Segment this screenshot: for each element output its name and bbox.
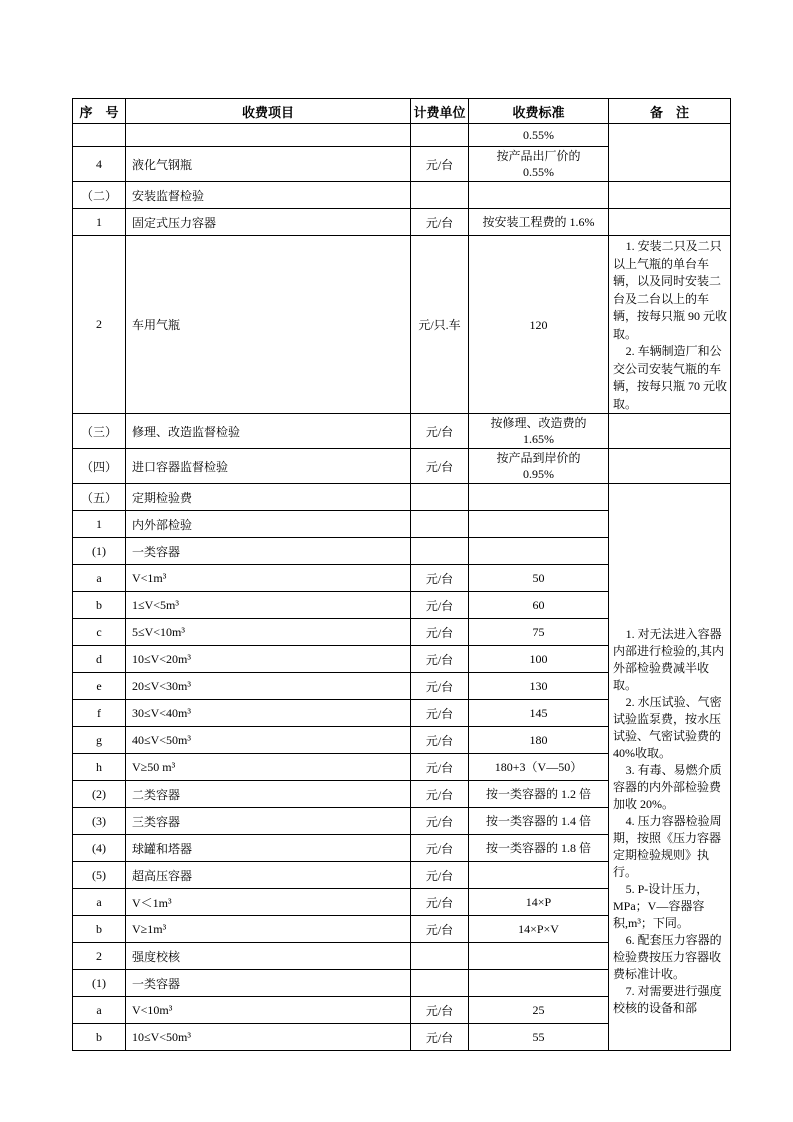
remark-text: 1. 对无法进入容器内部进行检验的,其内外部检验费减半收取。2. 水压试验、气密…	[609, 484, 730, 1050]
cell-no: (1)	[73, 538, 126, 565]
cell-item: 定期检验费	[126, 484, 411, 511]
cell-item: 车用气瓶	[126, 236, 411, 414]
cell-item: 球罐和塔器	[126, 835, 411, 862]
cell-standard: 0.55%	[469, 124, 609, 147]
cell-standard: 50	[469, 565, 609, 592]
cell-no: 2	[73, 236, 126, 414]
cell-remark	[609, 124, 731, 182]
cell-unit: 元/台	[411, 646, 469, 673]
cell-standard: 25	[469, 997, 609, 1024]
cell-item: 内外部检验	[126, 511, 411, 538]
cell-unit	[411, 538, 469, 565]
cell-item: 一类容器	[126, 970, 411, 997]
cell-item: V＜1m³	[126, 889, 411, 916]
table-header-row: 序 号 收费项目 计费单位 收费标准 备 注	[73, 99, 731, 124]
cell-standard: 60	[469, 592, 609, 619]
cell-item: 三类容器	[126, 808, 411, 835]
cell-standard	[469, 484, 609, 511]
cell-unit: 元/台	[411, 916, 469, 943]
cell-standard: 145	[469, 700, 609, 727]
cell-unit	[411, 182, 469, 209]
cell-standard: 按产品出厂价的0.55%	[469, 147, 609, 182]
table-row: （三）修理、改造监督检验元/台按修理、改造费的1.65%	[73, 414, 731, 449]
cell-unit	[411, 484, 469, 511]
cell-remark	[609, 182, 731, 209]
cell-item: 进口容器监督检验	[126, 449, 411, 484]
table-row: （五）定期检验费1. 对无法进入容器内部进行检验的,其内外部检验费减半收取。2.…	[73, 484, 731, 511]
cell-item: 固定式压力容器	[126, 209, 411, 236]
cell-no: e	[73, 673, 126, 700]
cell-unit: 元/台	[411, 781, 469, 808]
table-row: 0.55%	[73, 124, 731, 147]
cell-item: 10≤V<50m³	[126, 1024, 411, 1051]
cell-item: V≥50 m³	[126, 754, 411, 781]
cell-standard: 按产品到岸价的0.95%	[469, 449, 609, 484]
cell-unit: 元/台	[411, 565, 469, 592]
cell-standard	[469, 182, 609, 209]
cell-unit: 元/台	[411, 835, 469, 862]
cell-item: 10≤V<20m³	[126, 646, 411, 673]
fee-schedule-table: 序 号 收费项目 计费单位 收费标准 备 注 0.55%4液化气钢瓶元/台按产品…	[72, 98, 731, 1051]
cell-item: V<1m³	[126, 565, 411, 592]
column-header-no: 序 号	[73, 99, 126, 124]
cell-standard: 按安装工程费的 1.6%	[469, 209, 609, 236]
column-header-standard: 收费标准	[469, 99, 609, 124]
cell-remark	[609, 414, 731, 449]
cell-remark: 1. 对无法进入容器内部进行检验的,其内外部检验费减半收取。2. 水压试验、气密…	[609, 484, 731, 1051]
cell-unit: 元/台	[411, 209, 469, 236]
cell-item: 20≤V<30m³	[126, 673, 411, 700]
document-page: 序 号 收费项目 计费单位 收费标准 备 注 0.55%4液化气钢瓶元/台按产品…	[0, 0, 793, 1122]
cell-item: 30≤V<40m³	[126, 700, 411, 727]
cell-item: 40≤V<50m³	[126, 727, 411, 754]
cell-unit: 元/台	[411, 414, 469, 449]
cell-unit: 元/只.车	[411, 236, 469, 414]
cell-standard	[469, 862, 609, 889]
cell-standard	[469, 943, 609, 970]
cell-no: a	[73, 889, 126, 916]
cell-no: （五）	[73, 484, 126, 511]
cell-no: 1	[73, 209, 126, 236]
column-header-unit: 计费单位	[411, 99, 469, 124]
cell-standard: 100	[469, 646, 609, 673]
cell-no: f	[73, 700, 126, 727]
cell-unit	[411, 970, 469, 997]
cell-unit: 元/台	[411, 673, 469, 700]
cell-no: (4)	[73, 835, 126, 862]
cell-no: (1)	[73, 970, 126, 997]
cell-item: 二类容器	[126, 781, 411, 808]
cell-unit: 元/台	[411, 147, 469, 182]
column-header-item: 收费项目	[126, 99, 411, 124]
cell-standard: 180+3（V—50）	[469, 754, 609, 781]
cell-standard	[469, 511, 609, 538]
cell-unit: 元/台	[411, 1024, 469, 1051]
cell-unit: 元/台	[411, 754, 469, 781]
cell-standard: 14×P×V	[469, 916, 609, 943]
cell-no: d	[73, 646, 126, 673]
cell-standard: 按一类容器的 1.4 倍	[469, 808, 609, 835]
cell-item: 一类容器	[126, 538, 411, 565]
cell-item: 强度校核	[126, 943, 411, 970]
table-row: 1固定式压力容器元/台按安装工程费的 1.6%	[73, 209, 731, 236]
cell-standard: 按一类容器的 1.2 倍	[469, 781, 609, 808]
cell-unit: 元/台	[411, 619, 469, 646]
cell-no: a	[73, 997, 126, 1024]
cell-no: （三）	[73, 414, 126, 449]
fee-table-body: 0.55%4液化气钢瓶元/台按产品出厂价的0.55%（二）安装监督检验1固定式压…	[73, 124, 731, 1051]
cell-item: 液化气钢瓶	[126, 147, 411, 182]
cell-item: 5≤V<10m³	[126, 619, 411, 646]
cell-unit: 元/台	[411, 592, 469, 619]
cell-item: 1≤V<5m³	[126, 592, 411, 619]
cell-no	[73, 124, 126, 147]
cell-no: (2)	[73, 781, 126, 808]
cell-unit: 元/台	[411, 700, 469, 727]
cell-standard: 55	[469, 1024, 609, 1051]
cell-item: 安装监督检验	[126, 182, 411, 209]
cell-item: 修理、改造监督检验	[126, 414, 411, 449]
cell-no: (3)	[73, 808, 126, 835]
cell-remark: 1. 安装二只及二只以上气瓶的单台车辆，以及同时安装二台及二台以上的车辆，按每只…	[609, 236, 731, 414]
cell-no: g	[73, 727, 126, 754]
cell-unit	[411, 511, 469, 538]
cell-no: 4	[73, 147, 126, 182]
table-row: （四）进口容器监督检验元/台按产品到岸价的0.95%	[73, 449, 731, 484]
cell-no: a	[73, 565, 126, 592]
cell-no: b	[73, 916, 126, 943]
cell-unit: 元/台	[411, 449, 469, 484]
table-row: （二）安装监督检验	[73, 182, 731, 209]
cell-no: （二）	[73, 182, 126, 209]
cell-no: c	[73, 619, 126, 646]
cell-no: b	[73, 592, 126, 619]
cell-no: 1	[73, 511, 126, 538]
remark-text: 1. 安装二只及二只以上气瓶的单台车辆，以及同时安装二台及二台以上的车辆，按每只…	[609, 236, 730, 413]
cell-standard: 14×P	[469, 889, 609, 916]
column-header-remark: 备 注	[609, 99, 731, 124]
cell-no: （四）	[73, 449, 126, 484]
cell-remark	[609, 209, 731, 236]
cell-item: V<10m³	[126, 997, 411, 1024]
cell-standard: 130	[469, 673, 609, 700]
cell-remark	[609, 449, 731, 484]
cell-unit: 元/台	[411, 862, 469, 889]
cell-unit: 元/台	[411, 889, 469, 916]
cell-standard: 180	[469, 727, 609, 754]
cell-no: 2	[73, 943, 126, 970]
cell-standard: 75	[469, 619, 609, 646]
cell-unit	[411, 124, 469, 147]
cell-item: V≥1m³	[126, 916, 411, 943]
cell-item: 超高压容器	[126, 862, 411, 889]
cell-unit: 元/台	[411, 727, 469, 754]
cell-standard: 按修理、改造费的1.65%	[469, 414, 609, 449]
cell-standard: 按一类容器的 1.8 倍	[469, 835, 609, 862]
cell-no: (5)	[73, 862, 126, 889]
cell-unit: 元/台	[411, 997, 469, 1024]
cell-standard: 120	[469, 236, 609, 414]
cell-standard	[469, 970, 609, 997]
cell-unit: 元/台	[411, 808, 469, 835]
cell-standard	[469, 538, 609, 565]
table-row: 2车用气瓶元/只.车1201. 安装二只及二只以上气瓶的单台车辆，以及同时安装二…	[73, 236, 731, 414]
cell-item	[126, 124, 411, 147]
cell-unit	[411, 943, 469, 970]
cell-no: h	[73, 754, 126, 781]
cell-no: b	[73, 1024, 126, 1051]
